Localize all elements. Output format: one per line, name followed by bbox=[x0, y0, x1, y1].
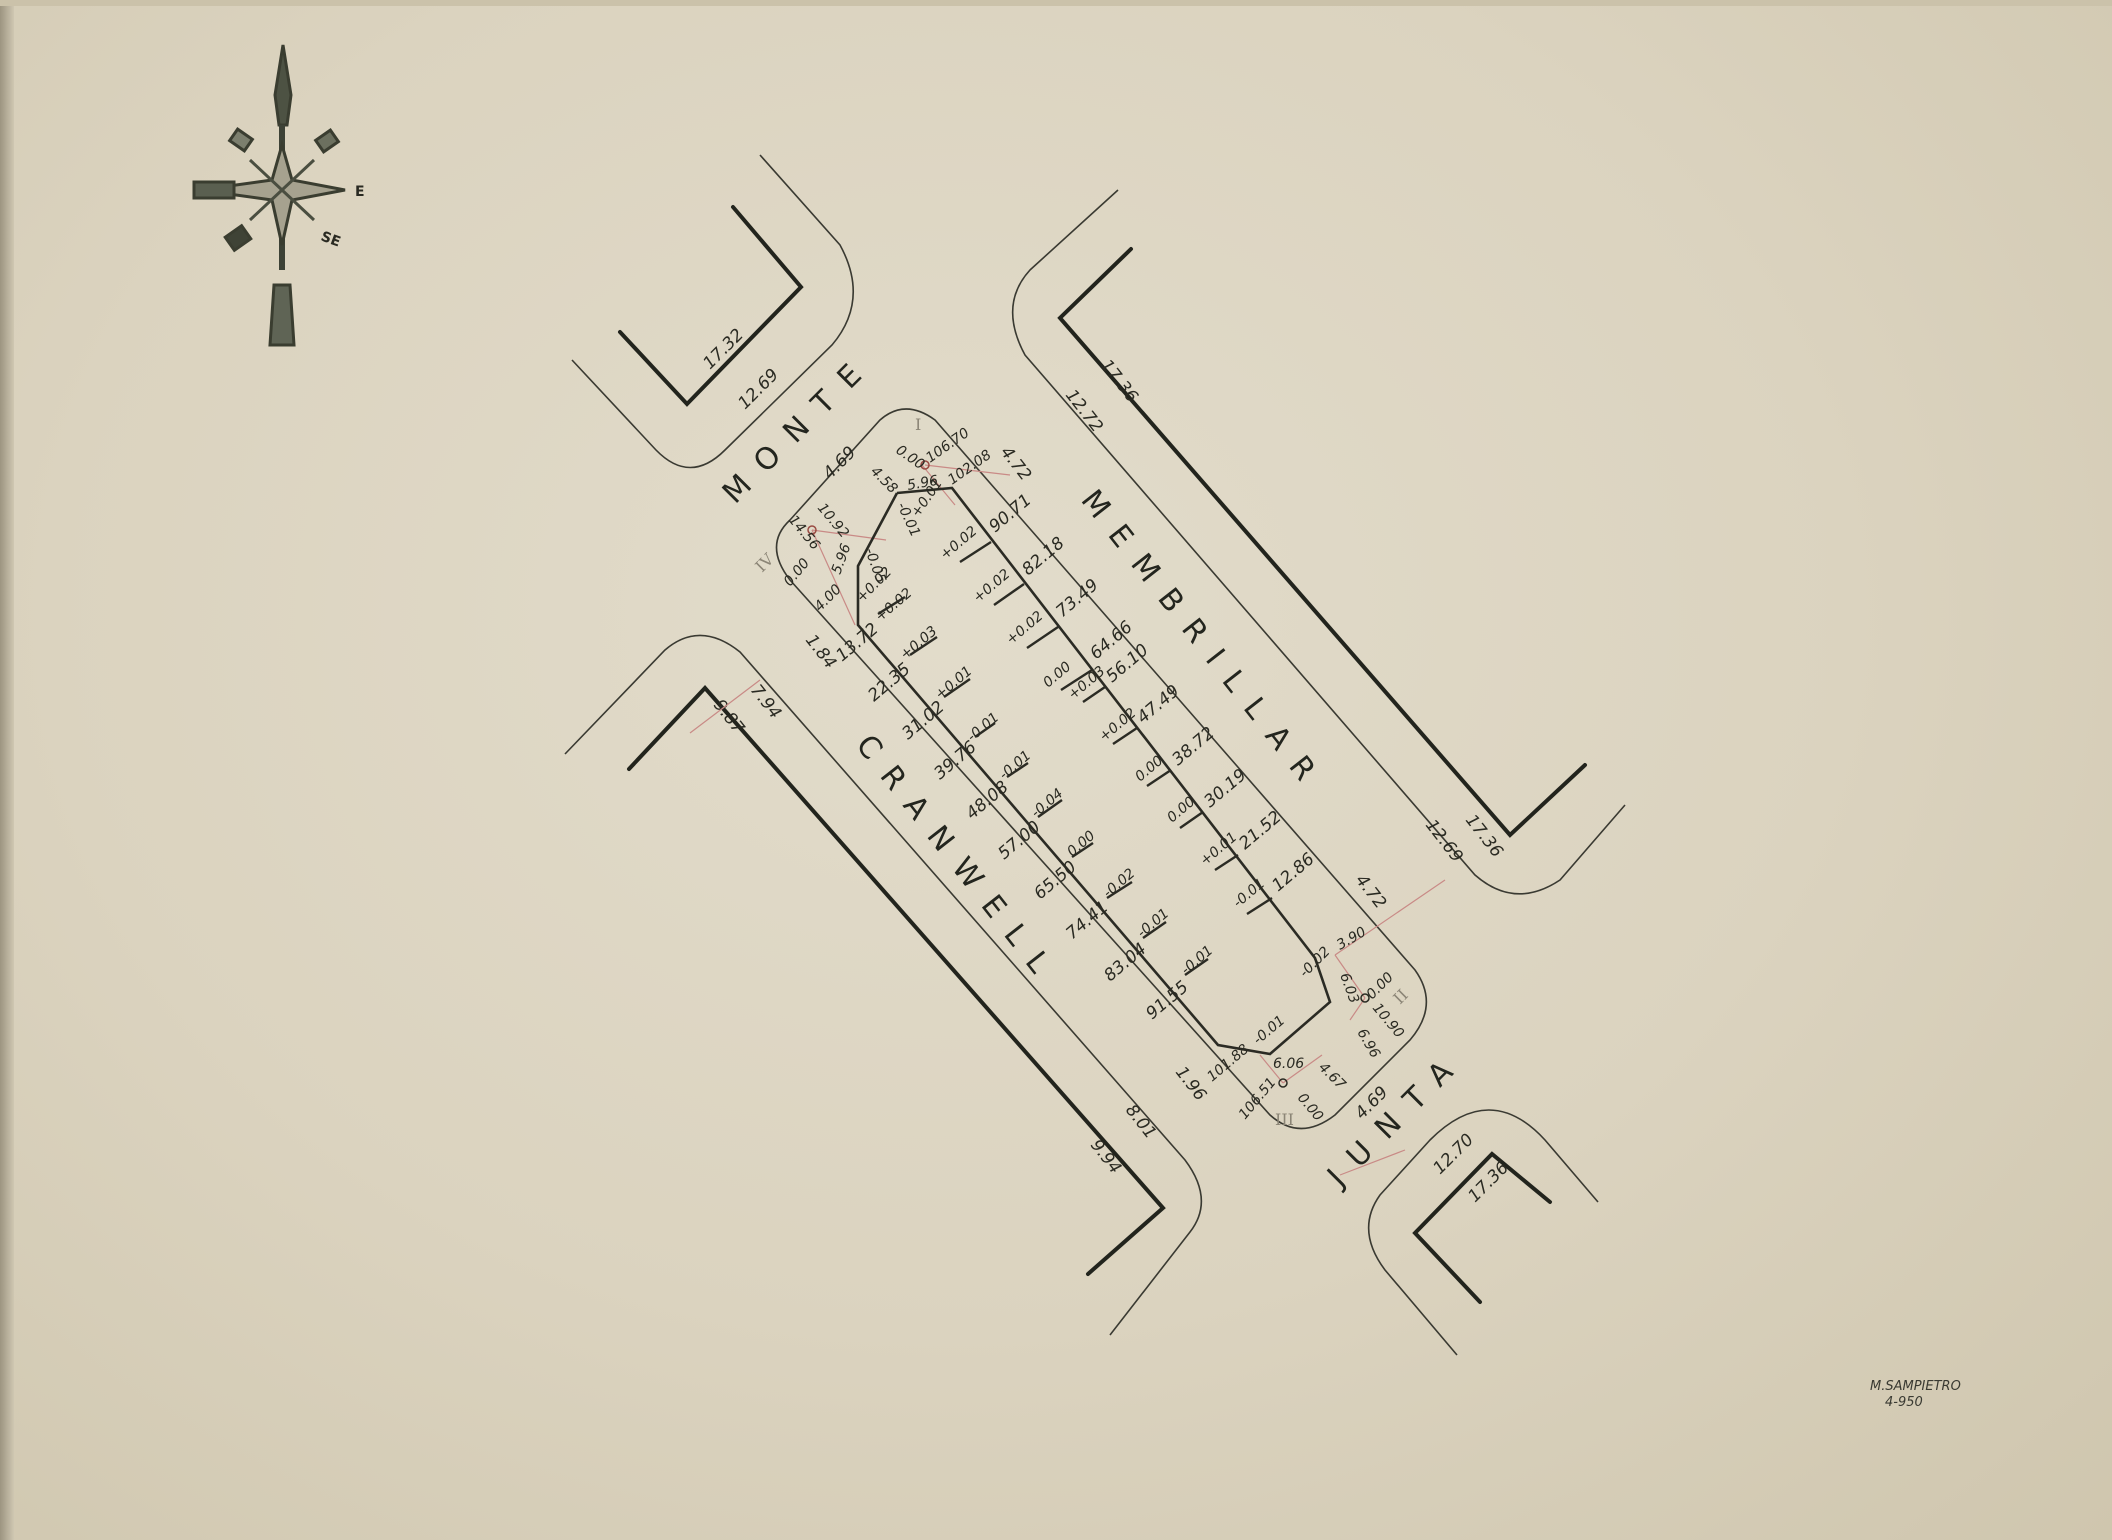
west-corner-a: 10.92 bbox=[814, 500, 852, 541]
station-chainage: 90.71 bbox=[985, 490, 1035, 537]
front-measure-right: 17.36 bbox=[1461, 811, 1507, 862]
station-chainage: 12.86 bbox=[1268, 849, 1318, 896]
curb-measure-bottom-left: 8.01 bbox=[1121, 1101, 1160, 1143]
station-deviation: +0.03 bbox=[897, 623, 940, 663]
east-corner-d: 6.96 bbox=[1354, 1026, 1383, 1061]
vertex-numeral-III: III bbox=[1275, 1110, 1294, 1129]
station-deviation: -0.01 bbox=[996, 748, 1034, 784]
station-chainage: 83.04 bbox=[1100, 939, 1150, 986]
station-deviation: -0.01 bbox=[1134, 906, 1172, 942]
vertex-numeral-I: I bbox=[915, 415, 921, 434]
vertex-numeral-IV: IV bbox=[751, 549, 777, 575]
south-corner-c: 6.06 bbox=[1273, 1056, 1304, 1072]
station-deviation: -0.04 bbox=[1028, 786, 1066, 822]
station-chainage: 74.41 bbox=[1062, 897, 1112, 944]
curb-measure-right: 12.69 bbox=[1421, 816, 1467, 867]
curb-measure-top-left: 12.69 bbox=[734, 365, 783, 414]
station-deviation: +0.02 bbox=[1096, 705, 1139, 745]
vertex-numeral-II: II bbox=[1389, 985, 1411, 1007]
vertex-IV-chainage: 14.56 bbox=[785, 512, 823, 553]
station-deviation: +0.02 bbox=[937, 523, 980, 563]
front-measure-top-right: 17.36 bbox=[1096, 356, 1142, 407]
station-deviation: 0.00 bbox=[1064, 828, 1098, 860]
curb-measure-left: 7.94 bbox=[746, 681, 785, 723]
survey-date: 4-950 bbox=[1885, 1395, 1923, 1410]
station-chainage: 65.50 bbox=[1030, 857, 1080, 904]
south-corner-d: 4.67 bbox=[1315, 1060, 1348, 1093]
vertex-III-offset: 0.00 bbox=[1294, 1090, 1326, 1124]
compass-east-label: E bbox=[355, 184, 365, 200]
front-measure-bottom-right: 17.36 bbox=[1464, 1158, 1513, 1207]
corner-block-bottom-right bbox=[1369, 1110, 1598, 1355]
front-measure-bottom-left: 9.94 bbox=[1086, 1136, 1125, 1178]
station-deviation: -0.01 bbox=[1178, 943, 1216, 979]
street-label-monte: MONTE bbox=[716, 345, 882, 511]
vertex-IV-offset: 0.00 bbox=[781, 555, 813, 589]
station-chainage: 48.08 bbox=[962, 777, 1012, 824]
station-chainage: 21.52 bbox=[1235, 807, 1285, 854]
west-corner-b: 5.96 bbox=[829, 542, 855, 577]
station-deviation: +0.02 bbox=[970, 566, 1013, 606]
sidewalk-width-membrillar-top: 4.72 bbox=[996, 443, 1035, 485]
west-corner-d: 4.00 bbox=[812, 581, 845, 614]
curb-measure-bottom-right: 12.70 bbox=[1429, 1130, 1478, 1179]
station-deviation: -0.01 bbox=[1230, 876, 1268, 912]
station-chainage: 57.00 bbox=[994, 817, 1044, 864]
station-deviation: -0.01 bbox=[964, 710, 1002, 746]
station-deviation: +0.01 bbox=[932, 663, 975, 703]
station-chainage: 38.72 bbox=[1168, 723, 1218, 770]
vertex-III-chainage: 106.51 bbox=[1236, 1075, 1280, 1123]
curb-measure-top-right: 12.72 bbox=[1061, 386, 1107, 437]
station-deviation: +0.02 bbox=[1003, 608, 1046, 648]
sidewalk-width-cranwell-bottom: 1.96 bbox=[1171, 1063, 1210, 1105]
east-corner-b: -0.02 bbox=[1297, 944, 1334, 981]
north-corner-a: 4.58 bbox=[867, 464, 900, 497]
station-chainage: 47.49 bbox=[1133, 681, 1183, 728]
east-corner-a: 3.90 bbox=[1334, 924, 1369, 953]
surveyor-signature: M.SAMPIETRO bbox=[1870, 1379, 1961, 1394]
compass-rose-icon bbox=[194, 45, 345, 345]
station-chainage: 30.19 bbox=[1200, 765, 1250, 812]
survey-plan: E SE 17.32 12.69 17.36 12.72 17.36 12.69… bbox=[0, 0, 2112, 1540]
compass-southeast-label: SE bbox=[319, 229, 343, 251]
east-corner-c: 6.03 bbox=[1336, 971, 1362, 1006]
station-chainage: 82.18 bbox=[1018, 533, 1068, 580]
sidewalk-width-membrillar-bottom: 4.72 bbox=[1351, 871, 1390, 913]
station-deviation: -0.02 bbox=[1100, 865, 1138, 901]
